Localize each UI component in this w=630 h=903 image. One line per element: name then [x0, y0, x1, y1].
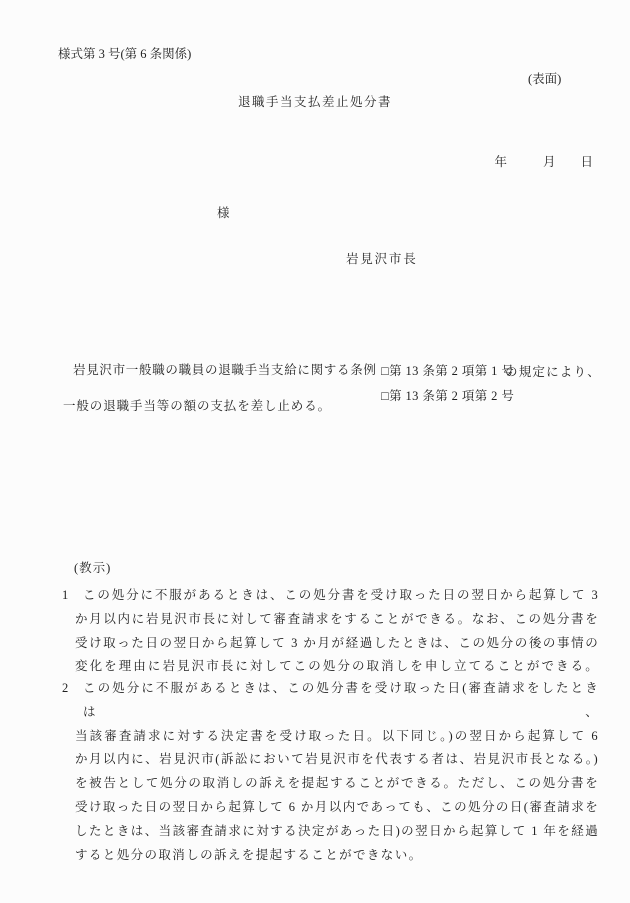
issuer-title: 岩見沢市長 — [346, 252, 418, 266]
date-day-label: 日 — [581, 155, 594, 169]
clause-option-2-label: 第 13 条第 2 項第 2 号 — [389, 389, 514, 403]
instruction-item-1: 1 この処分に不服があるときは、この処分書を受け取った日の翌日から起算して 3 … — [62, 584, 599, 679]
instruction-line: を被告として処分の取消しの訴えを提起することができる。ただし、この処分書を — [62, 772, 599, 796]
instruction-item-number: 1 — [62, 584, 68, 608]
instruction-line: 当該審査請求に対する決定書を受け取った日。以下同じ。)の翌日から起算して 6 — [62, 725, 599, 749]
disposition-closing-text: 一般の退職手当等の額の支払を差し止める。 — [63, 399, 331, 413]
instructions-heading: (教示) — [74, 561, 111, 575]
instruction-line: すると処分の取消しの訴えを提起することができない。 — [62, 844, 599, 868]
date-line: 年月日 — [482, 141, 593, 183]
disposition-tail-text: の規定により、 — [505, 365, 601, 379]
form-number: 様式第 3 号(第 6 条関係) — [58, 47, 191, 61]
instruction-line: したときは、当該審査請求に対する決定があった日)の翌日から起算して 1 年を経過 — [62, 820, 599, 844]
disposition-lead-text: 岩見沢市一般職の職員の退職手当支給に関する条例 — [73, 363, 377, 377]
clause-option-2[interactable]: □第 13 条第 2 項第 2 号 — [367, 375, 514, 417]
instruction-line: 変化を理由に岩見沢市長に対してこの処分の取消しを申し立てることができる。 — [62, 655, 599, 679]
instruction-line: か月以内に岩見沢市長に対して審査請求をすることができる。なお、この処分書を — [62, 608, 599, 632]
instruction-line: か月以内に、岩見沢市(訴訟において岩見沢市を代表する者は、岩見沢市長となる。) — [62, 748, 599, 772]
instruction-line: 受け取った日の翌日から起算して 3 か月が経過したときは、この処分の後の事情の — [62, 632, 599, 656]
instruction-item-number: 2 — [62, 677, 68, 701]
document-title: 退職手当支払差止処分書 — [0, 95, 630, 109]
instruction-line: この処分に不服があるときは、この処分書を受け取った日(審査請求をしたときは、 — [62, 677, 599, 725]
instruction-line: 受け取った日の翌日から起算して 6 か月以内であっても、この処分の日(審査請求を — [62, 796, 599, 820]
checkbox-icon[interactable]: □ — [381, 389, 389, 403]
instruction-item-2: 2 この処分に不服があるときは、この処分書を受け取った日(審査請求をしたときは、… — [62, 677, 599, 867]
addressee-honorific: 様 — [217, 206, 230, 220]
document-page: 様式第 3 号(第 6 条関係) (表面) 退職手当支払差止処分書 年月日 様 … — [0, 0, 630, 903]
date-month-label: 月 — [543, 155, 556, 169]
date-year-label: 年 — [495, 155, 508, 169]
side-label: (表面) — [528, 72, 561, 86]
instruction-line: この処分に不服があるときは、この処分書を受け取った日の翌日から起算して 3 — [62, 584, 599, 608]
